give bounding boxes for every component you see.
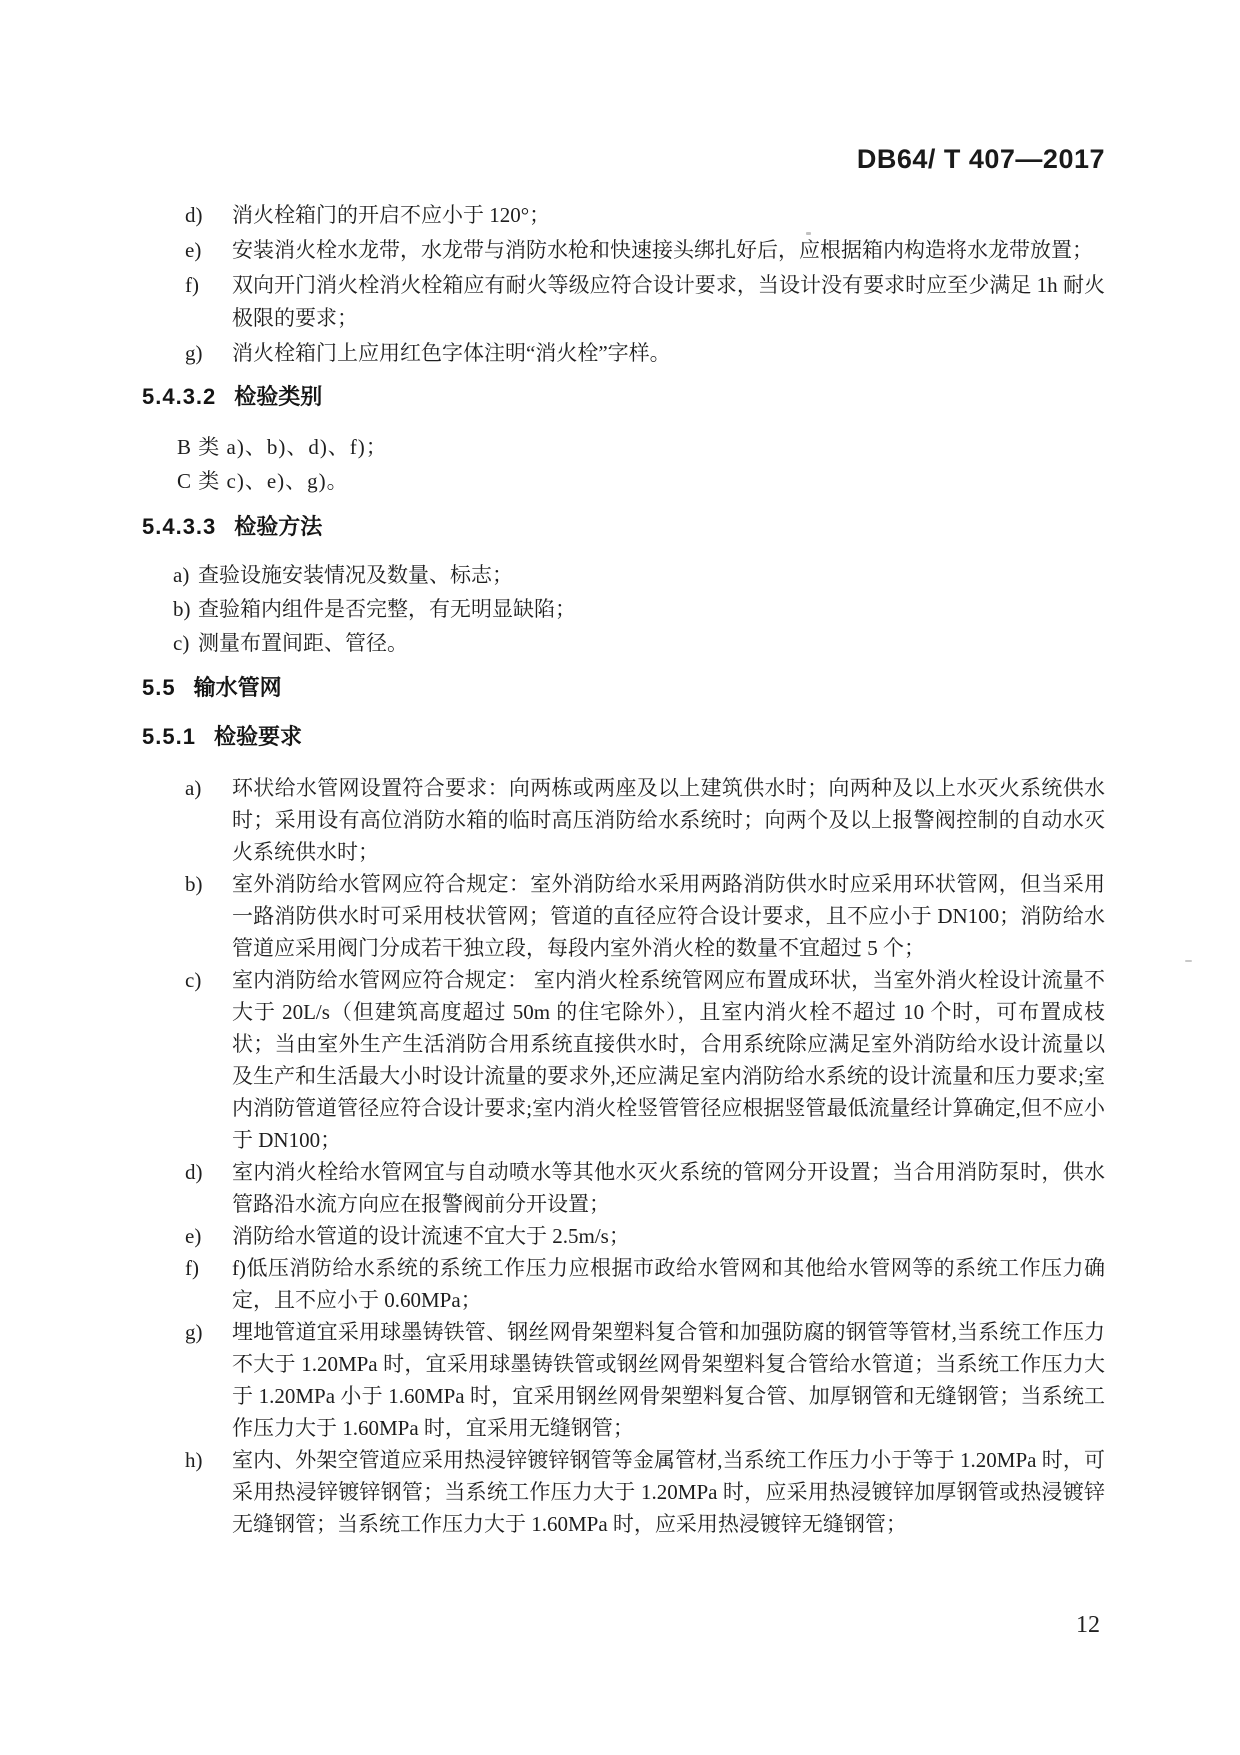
- list-item-text: 安装消火栓水龙带，水龙带与消防水枪和快速接头绑扎好后，应根据箱内构造将水龙带放置…: [232, 234, 1105, 267]
- section-title: 检验类别: [234, 384, 322, 409]
- list-item: a) 查验设施安装情况及数量、标志；: [0, 559, 1240, 591]
- list-item: e) 消防给水管道的设计流速不宜大于 2.5m/s；: [0, 1220, 1240, 1252]
- document-page: DB64/ T 407—2017 d) 消火栓箱门的开启不应小于 120°； e…: [0, 0, 1240, 1755]
- section-title: 输水管网: [194, 675, 282, 700]
- list-item-text: 环状给水管网设置符合要求：向两栋或两座及以上建筑供水时；向两种及以上水灭火系统供…: [232, 772, 1105, 868]
- hydrant-box-requirements-list: d) 消火栓箱门的开启不应小于 120°； e) 安装消火栓水龙带，水龙带与消防…: [0, 199, 1240, 370]
- page-content: d) 消火栓箱门的开启不应小于 120°； e) 安装消火栓水龙带，水龙带与消防…: [0, 199, 1240, 1540]
- section-number: 5.5: [142, 675, 176, 700]
- pipe-network-requirements-list: a) 环状给水管网设置符合要求：向两栋或两座及以上建筑供水时；向两种及以上水灭火…: [0, 772, 1240, 1540]
- list-item: c) 测量布置间距、管径。: [0, 627, 1240, 659]
- list-item-marker: g): [185, 337, 232, 370]
- list-item-text: 室内消防给水管网应符合规定： 室内消火栓系统管网应布置成环状，当室外消火栓设计流…: [232, 964, 1105, 1156]
- list-item-marker: c): [173, 627, 198, 659]
- list-item-marker: e): [185, 1220, 232, 1252]
- list-item: c) 室内消防给水管网应符合规定： 室内消火栓系统管网应布置成环状，当室外消火栓…: [0, 964, 1240, 1156]
- list-item: g) 埋地管道宜采用球墨铸铁管、钢丝网骨架塑料复合管和加强防腐的钢管等管材,当系…: [0, 1316, 1240, 1444]
- list-item-marker: h): [185, 1444, 232, 1540]
- section-title: 检验方法: [234, 514, 322, 539]
- list-item-marker: b): [185, 868, 232, 964]
- section-heading-5-4-3-2: 5.4.3.2检验类别: [0, 383, 1240, 411]
- list-item-marker: d): [185, 1156, 232, 1220]
- section-title: 检验要求: [214, 724, 302, 749]
- list-item: a) 环状给水管网设置符合要求：向两栋或两座及以上建筑供水时；向两种及以上水灭火…: [0, 772, 1240, 868]
- list-item-marker: d): [185, 199, 232, 232]
- list-item-marker: c): [185, 964, 232, 1156]
- list-item-text: 查验设施安装情况及数量、标志；: [198, 559, 1078, 591]
- list-item-marker: b): [173, 593, 198, 625]
- list-item-text: 室内、外架空管道应采用热浸锌镀锌钢管等金属管材,当系统工作压力小于等于 1.20…: [232, 1444, 1105, 1540]
- list-item-marker: g): [185, 1316, 232, 1444]
- class-c-line: C 类 c)、e)、g)。: [0, 465, 1240, 497]
- list-item-text: 消防给水管道的设计流速不宜大于 2.5m/s；: [232, 1220, 1105, 1252]
- list-item: f) f)低压消防给水系统的系统工作压力应根据市政给水管网和其他给水管网等的系统…: [0, 1252, 1240, 1316]
- section-number: 5.4.3.2: [142, 384, 216, 409]
- list-item: d) 室内消火栓给水管网宜与自动喷水等其他水灭火系统的管网分开设置；当合用消防泵…: [0, 1156, 1240, 1220]
- list-item: b) 查验箱内组件是否完整，有无明显缺陷；: [0, 593, 1240, 625]
- list-item-text: 消火栓箱门的开启不应小于 120°；: [232, 199, 1105, 232]
- standard-code-header: DB64/ T 407—2017: [857, 144, 1105, 175]
- list-item-marker: e): [185, 234, 232, 267]
- list-item: d) 消火栓箱门的开启不应小于 120°；: [0, 199, 1240, 232]
- section-heading-5-5-1: 5.5.1检验要求: [0, 723, 1240, 751]
- list-item-text: 双向开门消火栓消火栓箱应有耐火等级应符合设计要求，当设计没有要求时应至少满足 1…: [232, 269, 1105, 335]
- list-item: g) 消火栓箱门上应用红色字体注明“消火栓”字样。: [0, 337, 1240, 370]
- section-number: 5.4.3.3: [142, 514, 216, 539]
- list-item-text: 测量布置间距、管径。: [198, 627, 1078, 659]
- inspection-method-list: a) 查验设施安装情况及数量、标志； b) 查验箱内组件是否完整，有无明显缺陷；…: [0, 559, 1240, 659]
- page-number: 12: [1076, 1612, 1100, 1639]
- list-item-text: 室内消火栓给水管网宜与自动喷水等其他水灭火系统的管网分开设置；当合用消防泵时，供…: [232, 1156, 1105, 1220]
- list-item: e) 安装消火栓水龙带，水龙带与消防水枪和快速接头绑扎好后，应根据箱内构造将水龙…: [0, 234, 1240, 267]
- list-item-marker: f): [185, 269, 232, 335]
- list-item: f) 双向开门消火栓消火栓箱应有耐火等级应符合设计要求，当设计没有要求时应至少满…: [0, 269, 1240, 335]
- list-item-marker: f): [185, 1252, 232, 1316]
- list-item-text: 查验箱内组件是否完整，有无明显缺陷；: [198, 593, 1078, 625]
- list-item-marker: a): [185, 772, 232, 868]
- list-item: b) 室外消防给水管网应符合规定：室外消防给水采用两路消防供水时应采用环状管网，…: [0, 868, 1240, 964]
- list-item-marker: a): [173, 559, 198, 591]
- list-item-text: f)低压消防给水系统的系统工作压力应根据市政给水管网和其他给水管网等的系统工作压…: [232, 1252, 1105, 1316]
- section-heading-5-5: 5.5输水管网: [0, 674, 1240, 702]
- list-item-text: 室外消防给水管网应符合规定：室外消防给水采用两路消防供水时应采用环状管网，但当采…: [232, 868, 1105, 964]
- section-number: 5.5.1: [142, 724, 196, 749]
- list-item-text: 埋地管道宜采用球墨铸铁管、钢丝网骨架塑料复合管和加强防腐的钢管等管材,当系统工作…: [232, 1316, 1105, 1444]
- section-heading-5-4-3-3: 5.4.3.3检验方法: [0, 513, 1240, 541]
- list-item: h) 室内、外架空管道应采用热浸锌镀锌钢管等金属管材,当系统工作压力小于等于 1…: [0, 1444, 1240, 1540]
- class-b-line: B 类 a)、b)、d)、f)；: [0, 431, 1240, 463]
- list-item-text: 消火栓箱门上应用红色字体注明“消火栓”字样。: [232, 337, 1105, 370]
